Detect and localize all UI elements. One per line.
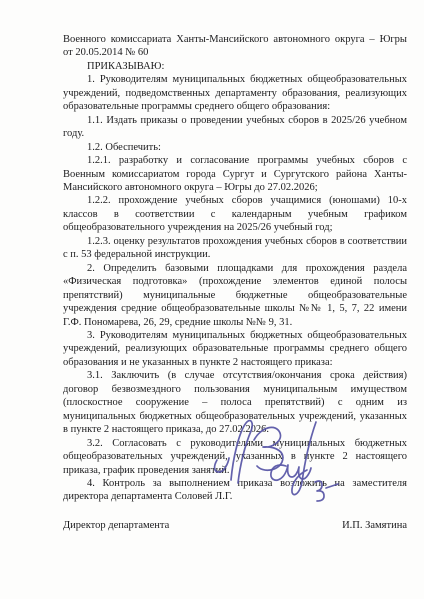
document-body: Военного комиссариата Ханты-Мансийского …	[63, 33, 407, 532]
item-1: 1. Руководителям муниципальных бюджетных…	[63, 73, 407, 113]
item-3-1: 3.1. Заключить (в случае отсутствия/окон…	[63, 369, 407, 436]
item-3: 3. Руководителям муниципальных бюджетных…	[63, 329, 407, 369]
order-keyword: ПРИКАЗЫВАЮ:	[63, 60, 407, 73]
header-reference-line-1: Военного комиссариата Ханты-Мансийского …	[63, 33, 407, 46]
signer-name: И.П. Замятина	[342, 519, 407, 532]
item-1-2-1: 1.2.1. разработку и согласование програм…	[63, 154, 407, 194]
signer-title: Директор департамента	[63, 519, 169, 532]
item-1-2-2: 1.2.2. прохождение учебных сборов учащим…	[63, 194, 407, 234]
document-page: Военного комиссариата Ханты-Мансийского …	[0, 0, 424, 599]
signature-row: Директор департамента И.П. Замятина	[63, 519, 407, 532]
item-2: 2. Определить базовыми площадками для пр…	[63, 262, 407, 329]
item-1-2: 1.2. Обеспечить:	[63, 141, 407, 154]
item-1-2-3: 1.2.3. оценку результатов прохождения уч…	[63, 235, 407, 262]
header-reference-line-2: от 20.05.2014 № 60	[63, 46, 407, 59]
item-1-1: 1.1. Издать приказы о проведении учебных…	[63, 114, 407, 141]
item-4: 4. Контроль за выполнением приказа возло…	[63, 477, 407, 504]
item-3-2: 3.2. Согласовать с руководителями муници…	[63, 437, 407, 477]
